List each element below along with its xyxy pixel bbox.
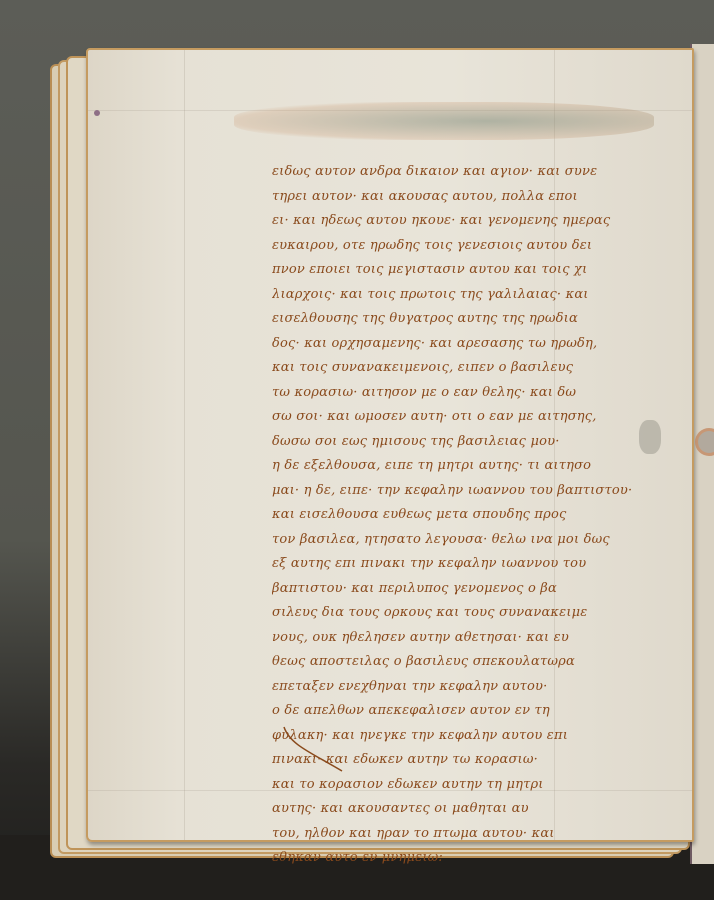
text-line: πνον εποιει τοις μεγιστασιν αυτου και το…: [272, 258, 634, 283]
text-line: εισελθουσης της θυγατρος αυτης της ηρωδι…: [272, 307, 634, 332]
text-line: σω σοι· και ωμοσεν αυτη· οτι ο εαν με αι…: [272, 405, 634, 430]
text-line: τω κορασιω· αιτησον με ο εαν θελης· και …: [272, 381, 634, 406]
text-line: θεως αποστειλας ο βασιλευς σπεκουλατωρα: [272, 650, 634, 675]
text-line: αυτης· και ακουσαντες οι μαθηται αυ: [272, 797, 634, 822]
text-line: επεταξεν ενεχθηναι την κεφαλην αυτου·: [272, 675, 634, 700]
stain-spot: [94, 110, 100, 116]
text-line: εξ αυτης επι πινακι την κεφαλην ιωαννου …: [272, 552, 634, 577]
manuscript-text: ειδως αυτον ανδρα δικαιον και αγιον· και…: [272, 160, 634, 871]
text-line: ευκαιρου, οτε ηρωδης τοις γενεσιοις αυτο…: [272, 234, 634, 259]
text-line: λιαρχοις· και τοις πρωτοις της γαλιλαιας…: [272, 283, 634, 308]
text-line: ειδως αυτον ανδρα δικαιον και αγιον· και…: [272, 160, 634, 185]
text-line: δωσω σοι εως ημισους της βασιλειας μου·: [272, 430, 634, 455]
water-stain: [234, 102, 654, 140]
text-line: τον βασιλεα, ητησατο λεγουσα· θελω ινα μ…: [272, 528, 634, 553]
text-line: μαι· η δε, ειπε· την κεφαλην ιωαννου του…: [272, 479, 634, 504]
text-line: ει· και ηδεως αυτου ηκουε· και γενομενης…: [272, 209, 634, 234]
text-line: η δε εξελθουσα, ειπε τη μητρι αυτης· τι …: [272, 454, 634, 479]
text-line: εθηκαν αυτο εν μνημειω:: [272, 846, 634, 871]
text-line: και εισελθουσα ευθεως μετα σπουδης προς: [272, 503, 634, 528]
margin-ruling: [184, 50, 185, 840]
ink-blot: [639, 420, 661, 454]
manuscript-page: ειδως αυτον ανδρα δικαιον και αγιον· και…: [86, 48, 694, 842]
text-line: δος· και ορχησαμενης· και αρεσασης τω ηρ…: [272, 332, 634, 357]
text-line: σιλευς δια τους ορκους και τους συνανακε…: [272, 601, 634, 626]
text-line: τηρει αυτον· και ακουσας αυτου, πολλα επ…: [272, 185, 634, 210]
text-line: βαπτιστου· και περιλυπος γενομενος ο βα: [272, 577, 634, 602]
text-line: ο δε απελθων απεκεφαλισεν αυτον εν τη: [272, 699, 634, 724]
text-line: και το κορασιον εδωκεν αυτην τη μητρι: [272, 773, 634, 798]
end-flourish-icon: [282, 725, 352, 775]
text-line: και τοις συνανακειμενοις, ειπεν ο βασιλε…: [272, 356, 634, 381]
text-line: του, ηλθον και ηραν το πτωμα αυτου· και: [272, 822, 634, 847]
text-line: νους, ουκ ηθελησεν αυτην αθετησαι· και ε…: [272, 626, 634, 651]
